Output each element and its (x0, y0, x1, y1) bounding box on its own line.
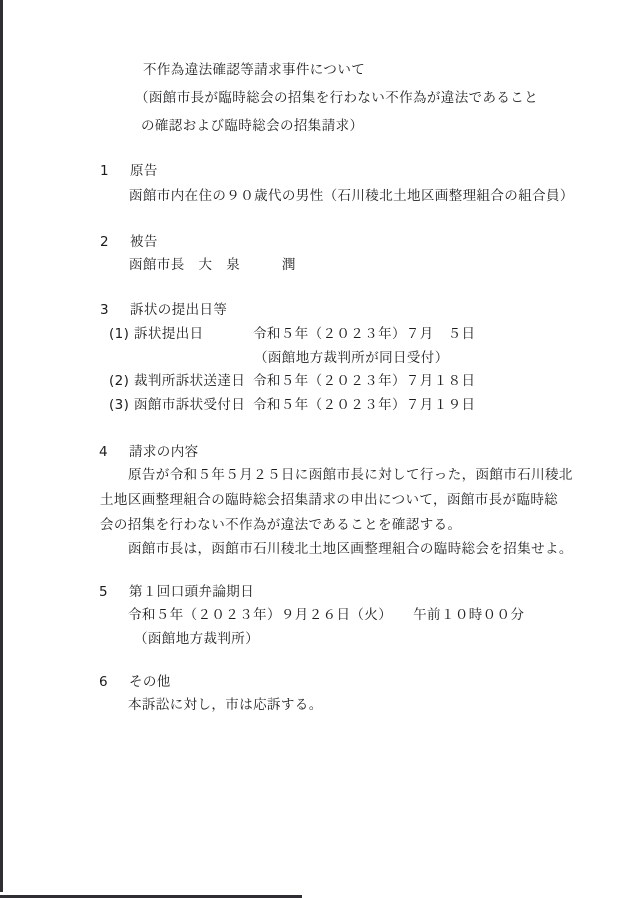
section-4-body-line-4: 函館市長は，函館市石川稜北土地区画整理組合の臨時総会を招集せよ。 (128, 543, 573, 557)
section-2-heading: 被告 (130, 236, 158, 250)
section-4-body-line-2: 土地区画整理組合の臨時総会招集請求の申出について，函館市長が臨時総 (100, 494, 558, 508)
section-3-item-3-label: (3) 函館市訴状受付日 (109, 399, 245, 413)
section-3-item-2-label: (2) 裁判所訴状送達日 (109, 375, 245, 389)
section-5-number: 5 (99, 586, 108, 600)
section-3-heading: 訴状の提出日等 (130, 304, 227, 318)
section-5-body-line-2: （函館地方裁判所） (134, 633, 259, 647)
section-3-item-1-note: （函館地方裁判所が同日受付） (254, 352, 449, 366)
scan-edge-left-line (0, 0, 3, 892)
section-1-number: 1 (100, 165, 109, 179)
document-title-line-1: 不作為違法確認等請求事件について (143, 64, 365, 78)
scanned-document-page: 不作為違法確認等請求事件について （函館市長が臨時総会の招集を行わない不作為が違… (0, 0, 635, 898)
section-5-heading: 第１回口頭弁論期日 (129, 586, 254, 600)
section-6-number: 6 (99, 676, 108, 690)
document-title-line-2: （函館市長が臨時総会の招集を行わない不作為が違法であること (135, 92, 538, 106)
section-2-body-line: 函館市長 大 泉 潤 (129, 259, 296, 273)
section-3-number: 3 (100, 304, 109, 318)
section-2-number: 2 (100, 236, 109, 250)
section-1-body-line: 函館市内在住の９０歳代の男性（石川稜北土地区画整理組合の組合員） (129, 190, 574, 204)
section-3-item-1-value: 令和５年（２０２３年）７月 ５日 (253, 328, 475, 342)
section-3-item-2-value: 令和５年（２０２３年）７月１８日 (253, 375, 475, 389)
section-6-body-line: 本訴訟に対し，市は応訴する。 (128, 699, 323, 713)
section-3-item-1-label: (1) 訴状提出日 (109, 328, 204, 342)
section-6-heading: その他 (129, 676, 171, 690)
section-4-body-line-3: 会の招集を行わない不作為が違法であることを確認する。 (100, 519, 461, 533)
section-4-number: 4 (99, 446, 108, 460)
document-title-line-3: の確認および臨時総会の招集請求） (141, 120, 363, 134)
section-4-heading: 請求の内容 (129, 446, 199, 460)
section-5-body-line-1: 令和５年（２０２３年）９月２６日（火） 午前１０時００分 (128, 609, 524, 623)
section-1-heading: 原告 (130, 165, 158, 179)
section-3-item-3-value: 令和５年（２０２３年）７月１９日 (253, 399, 475, 413)
section-4-body-line-1: 原告が令和５年５月２５日に函館市長に対して行った，函館市石川稜北 (128, 469, 573, 483)
